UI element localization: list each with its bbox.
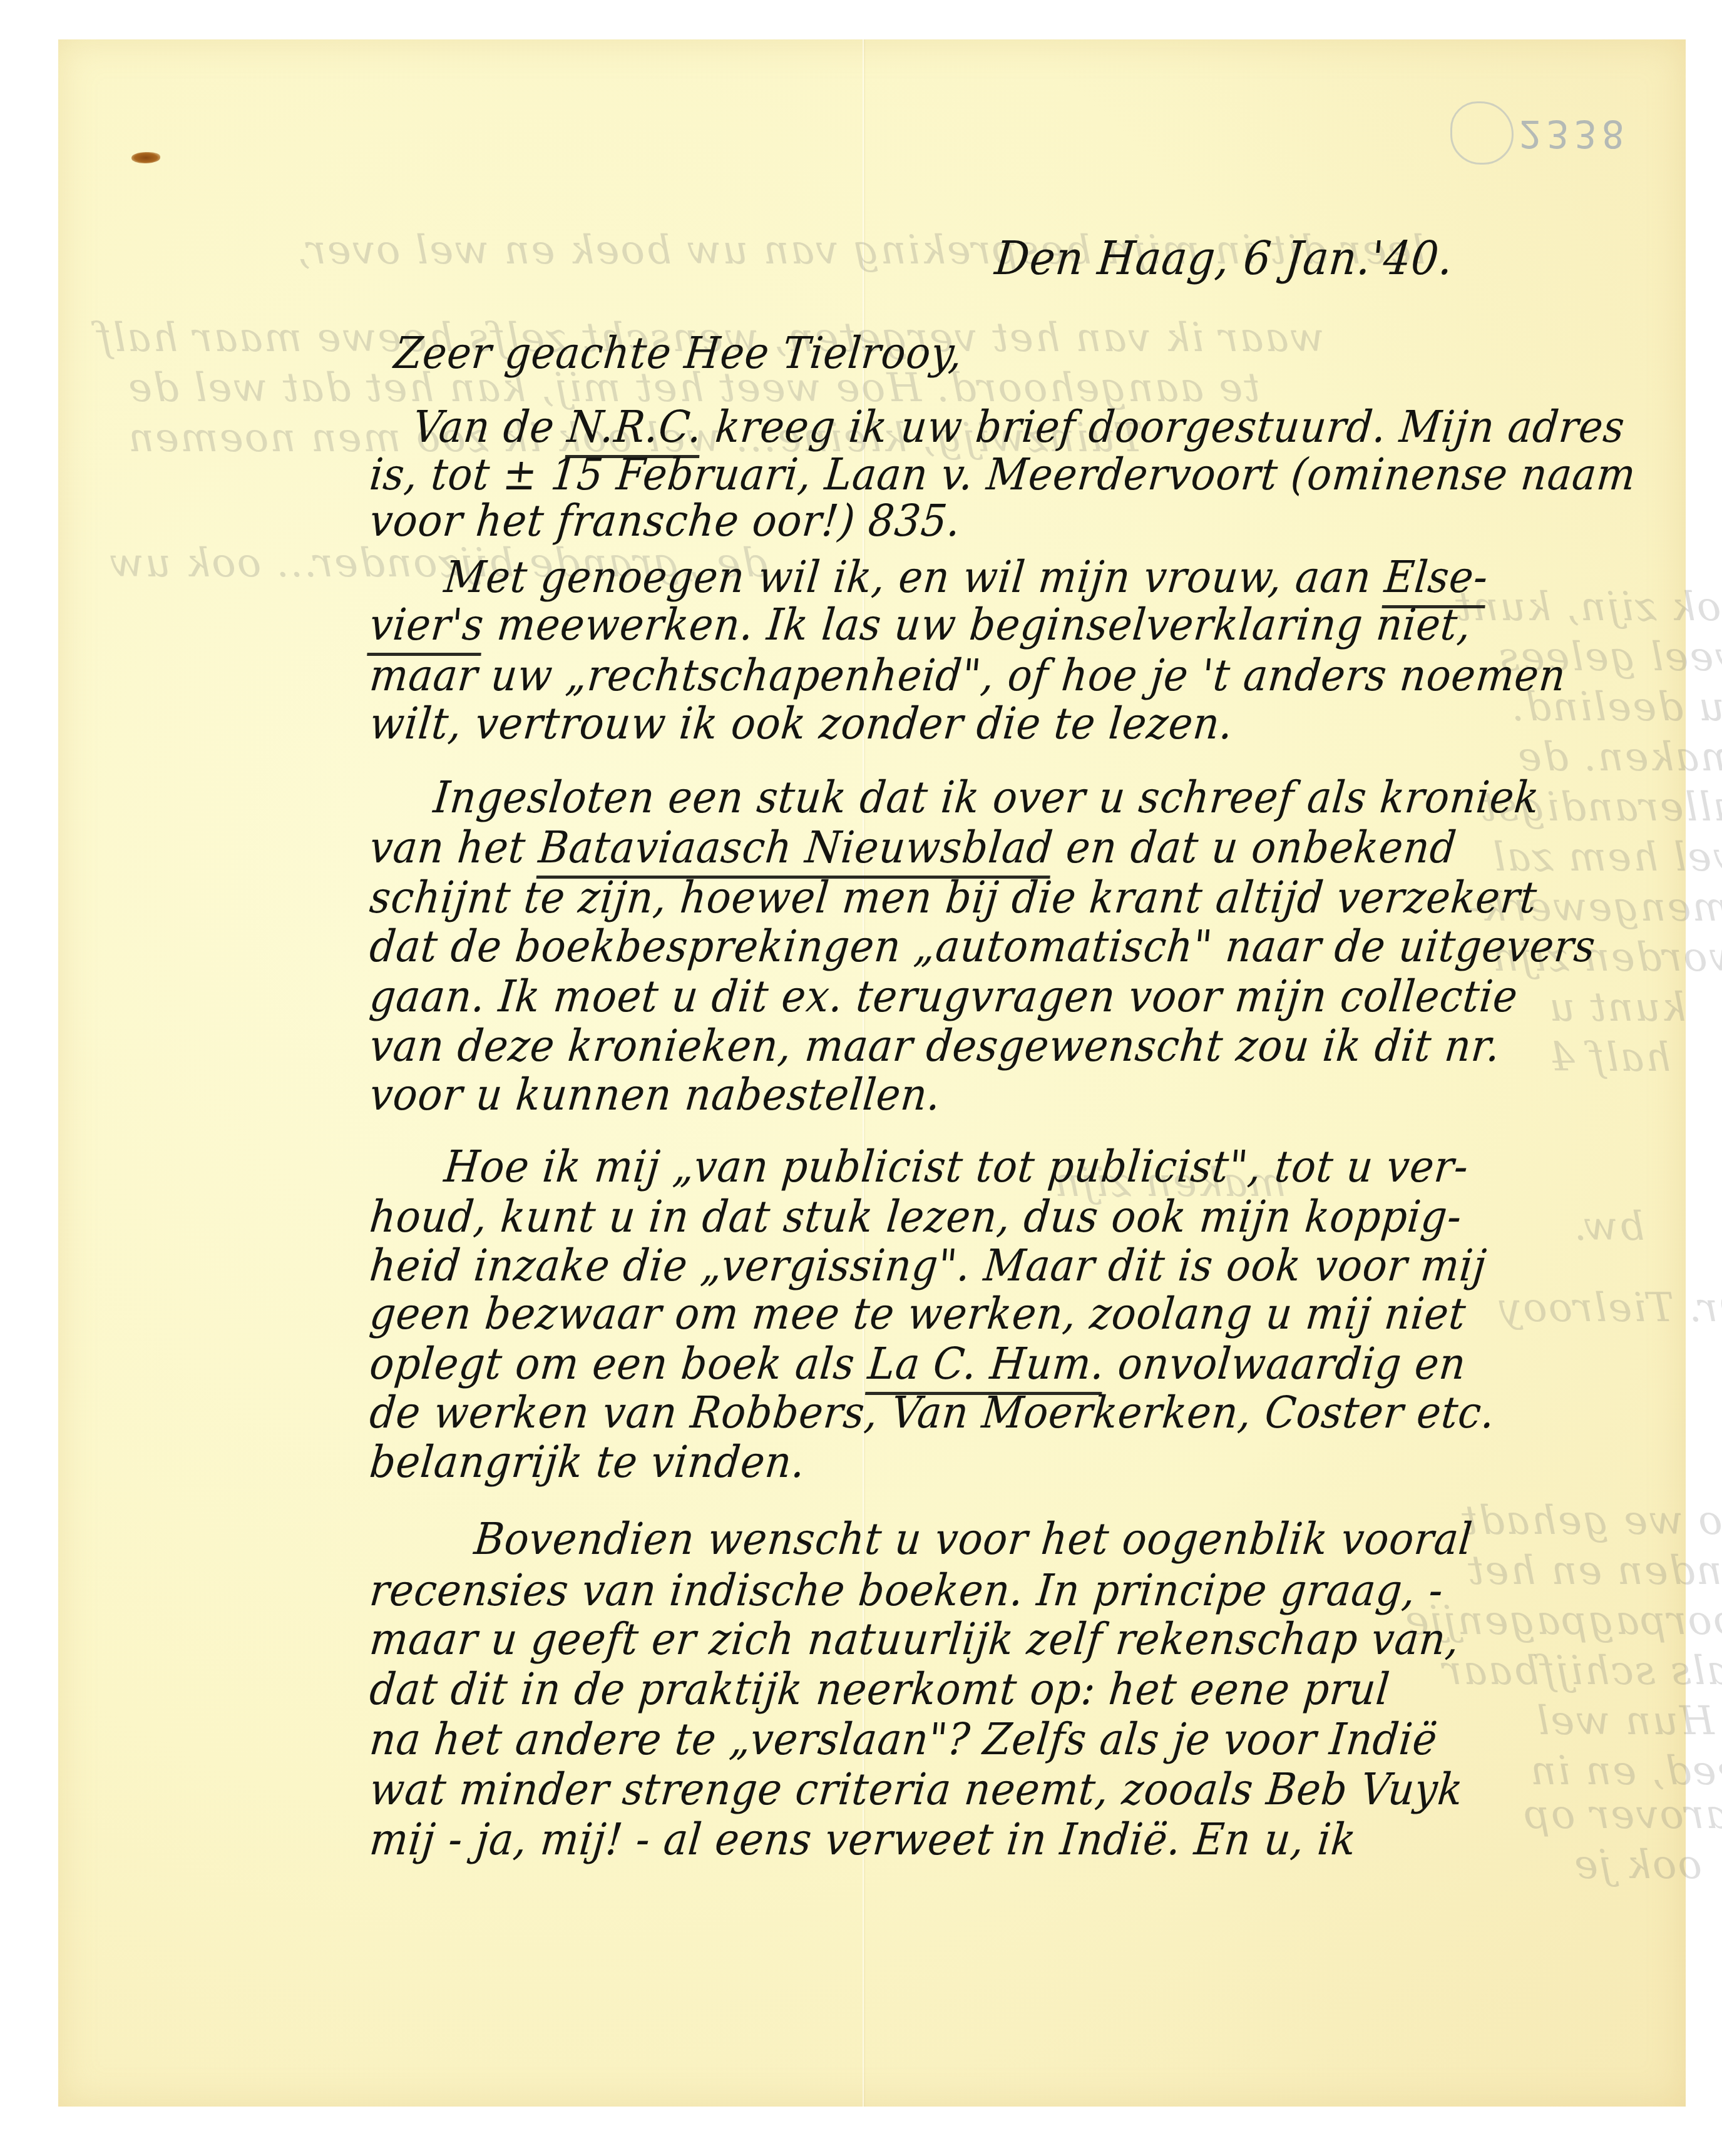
line-text: Bovendien wenscht u voor het oogenblik v… xyxy=(472,1513,1475,1565)
line-text: van deze kronieken, maar desgewenscht zo… xyxy=(367,1020,1503,1071)
line-text: heid inzake die „vergissing". Maar dit i… xyxy=(367,1240,1489,1291)
underlined-title: vier's xyxy=(367,599,486,656)
line-text: dat de boekbesprekingen „automatisch" na… xyxy=(367,921,1598,972)
letter-line: Ingesloten een stuk dat ik over u schree… xyxy=(431,772,1542,823)
line-text: maar u geeft er zich natuurlijk zelf rek… xyxy=(367,1613,1462,1665)
salutation: Zeer geachte Hee Tielrooy, xyxy=(392,327,965,379)
bleed-through-line: zonden en het xyxy=(1467,1548,1722,1594)
bleed-through-line: Dr. Tielrooy xyxy=(1498,1285,1722,1331)
letter-line: van het Bataviaasch Nieuwsblad en dat u … xyxy=(367,822,1459,873)
letter-line: dat dit in de praktijk neerkomt op: het … xyxy=(367,1663,1392,1715)
line-text: oplegt om een boek als xyxy=(367,1338,871,1389)
line-text: de werken van Robbers, Van Moerkerken, C… xyxy=(367,1387,1497,1438)
line-text: meewerken. Ik las uw beginselverklaring … xyxy=(481,599,1473,650)
bleed-through-line: Hun wel xyxy=(1535,1698,1714,1744)
line-text: mij - ja, mij! - al eens verweet in Indi… xyxy=(367,1814,1359,1865)
letter-line: schijnt te zijn, hoewel men bij die kran… xyxy=(367,872,1539,923)
line-text: dat dit in de praktijk neerkomt op: het … xyxy=(367,1663,1392,1715)
letter-line: voor u kunnen nabestellen. xyxy=(367,1069,943,1120)
letter-line: mij - ja, mij! - al eens verweet in Indi… xyxy=(367,1814,1359,1865)
letter-line: recensies van indische boeken. In princi… xyxy=(367,1565,1446,1616)
letter-line: na het andere te „verslaan"? Zelfs als j… xyxy=(367,1714,1440,1765)
letter-line: geen bezwaar om mee te werken, zoolang u… xyxy=(367,1288,1468,1339)
letter-line: wat minder strenge criteria neemt, zooal… xyxy=(367,1764,1465,1815)
letter-paper: 2338 leer dit in mijn bespreking van uw … xyxy=(58,39,1686,2107)
line-text: en dat u onbekend xyxy=(1050,822,1458,873)
line-text: Met genoegen wil ik, en wil mijn vrouw, … xyxy=(442,551,1387,603)
bleed-through-line: half 4 xyxy=(1548,1035,1671,1081)
line-text: onvolwaardig en xyxy=(1102,1338,1468,1389)
letter-line: houd, kunt u in dat stuk lezen, dus ook … xyxy=(367,1191,1464,1242)
rust-stain xyxy=(131,152,160,163)
letter-line: gaan. Ik moet u dit ex. terugvragen voor… xyxy=(367,971,1520,1022)
letter-line: wilt, vertrouw ik ook zonder die te leze… xyxy=(367,698,1236,749)
line-text: houd, kunt u in dat stuk lezen, dus ook … xyxy=(367,1191,1464,1242)
line-text: wilt, vertrouw ik ook zonder die te leze… xyxy=(367,698,1236,749)
bleed-through-line: het ook zijn, kunt xyxy=(1454,584,1722,630)
bleed-through-line: zoo we gehadt xyxy=(1460,1498,1722,1544)
line-text: kreeg ik uw brief doorgestuurd. Mijn adr… xyxy=(700,401,1627,452)
line-text: belangrijk te vinden. xyxy=(367,1436,807,1488)
bleed-through-line: als schijfbaar xyxy=(1442,1648,1722,1694)
line-text: geen bezwaar om mee te werken, zoolang u… xyxy=(367,1288,1468,1339)
archive-stamp-logo-icon xyxy=(1450,101,1514,165)
place-date: Den Haag, 6 Jan.'40. xyxy=(993,232,1456,285)
letter-line: heid inzake die „vergissing". Maar dit i… xyxy=(367,1240,1489,1291)
letter-line: dat de boekbesprekingen „automatisch" na… xyxy=(367,921,1598,972)
line-text: Hoe ik mij „van publicist tot publicist"… xyxy=(442,1141,1471,1192)
line-text: voor het fransche oor!) 835. xyxy=(367,495,963,546)
letter-line: van deze kronieken, maar desgewenscht zo… xyxy=(367,1020,1503,1071)
line-text: schijnt te zijn, hoewel men bij die kran… xyxy=(367,872,1539,923)
bleed-through-line: bw. xyxy=(1573,1203,1645,1250)
archive-stamp-number: 2338 xyxy=(1519,111,1630,155)
bleed-through-line: kunt u xyxy=(1548,984,1686,1031)
letter-line: Met genoegen wil ik, en wil mijn vrouw, … xyxy=(442,551,1490,603)
bleed-through-line: ook je xyxy=(1573,1842,1702,1888)
letter-line: Van de N.R.C. kreeg ik uw brief doorgest… xyxy=(411,401,1627,452)
underlined-title: Bataviaasch Nieuwsblad xyxy=(536,822,1055,879)
bleed-through-line: daarover op xyxy=(1523,1792,1722,1838)
line-text: maar uw „rechtschapenheid", of hoe je 't… xyxy=(367,650,1568,701)
bleed-through-line: deed, en in xyxy=(1529,1748,1722,1794)
letter-line: maar u geeft er zich natuurlijk zelf rek… xyxy=(367,1613,1462,1665)
line-text: is, tot ± 15 Februari, Laan v. Meerdervo… xyxy=(367,449,1638,500)
line-text: gaan. Ik moet u dit ex. terugvragen voor… xyxy=(367,971,1520,1022)
letter-line: is, tot ± 15 Februari, Laan v. Meerdervo… xyxy=(367,449,1638,500)
letter-line: Bovendien wenscht u voor het oogenblik v… xyxy=(472,1513,1475,1565)
letter-line: de werken van Robbers, Van Moerkerken, C… xyxy=(367,1387,1497,1438)
line-text: wat minder strenge criteria neemt, zooal… xyxy=(367,1764,1465,1815)
letter-line: voor het fransche oor!) 835. xyxy=(367,495,963,546)
letter-line: vier's meewerken. Ik las uw beginselverk… xyxy=(367,599,1473,650)
line-text: recensies van indische boeken. In princi… xyxy=(367,1565,1446,1616)
letter-line: belangrijk te vinden. xyxy=(367,1436,807,1488)
letter-line: Hoe ik mij „van publicist tot publicist"… xyxy=(442,1141,1471,1192)
bleed-through-line: maken. de xyxy=(1517,734,1722,780)
line-text: Van de xyxy=(411,401,570,452)
letter-line: oplegt om een boek als La C. Hum. onvolw… xyxy=(367,1338,1468,1389)
letter-line: maar uw „rechtschapenheid", of hoe je 't… xyxy=(367,650,1568,701)
archive-stamp: 2338 xyxy=(1442,99,1629,161)
line-text: van het xyxy=(367,822,541,873)
line-text: Ingesloten een stuk dat ik over u schree… xyxy=(431,772,1542,823)
line-text: voor u kunnen nabestellen. xyxy=(367,1069,943,1120)
line-text: na het andere te „verslaan"? Zelfs als j… xyxy=(367,1714,1440,1765)
